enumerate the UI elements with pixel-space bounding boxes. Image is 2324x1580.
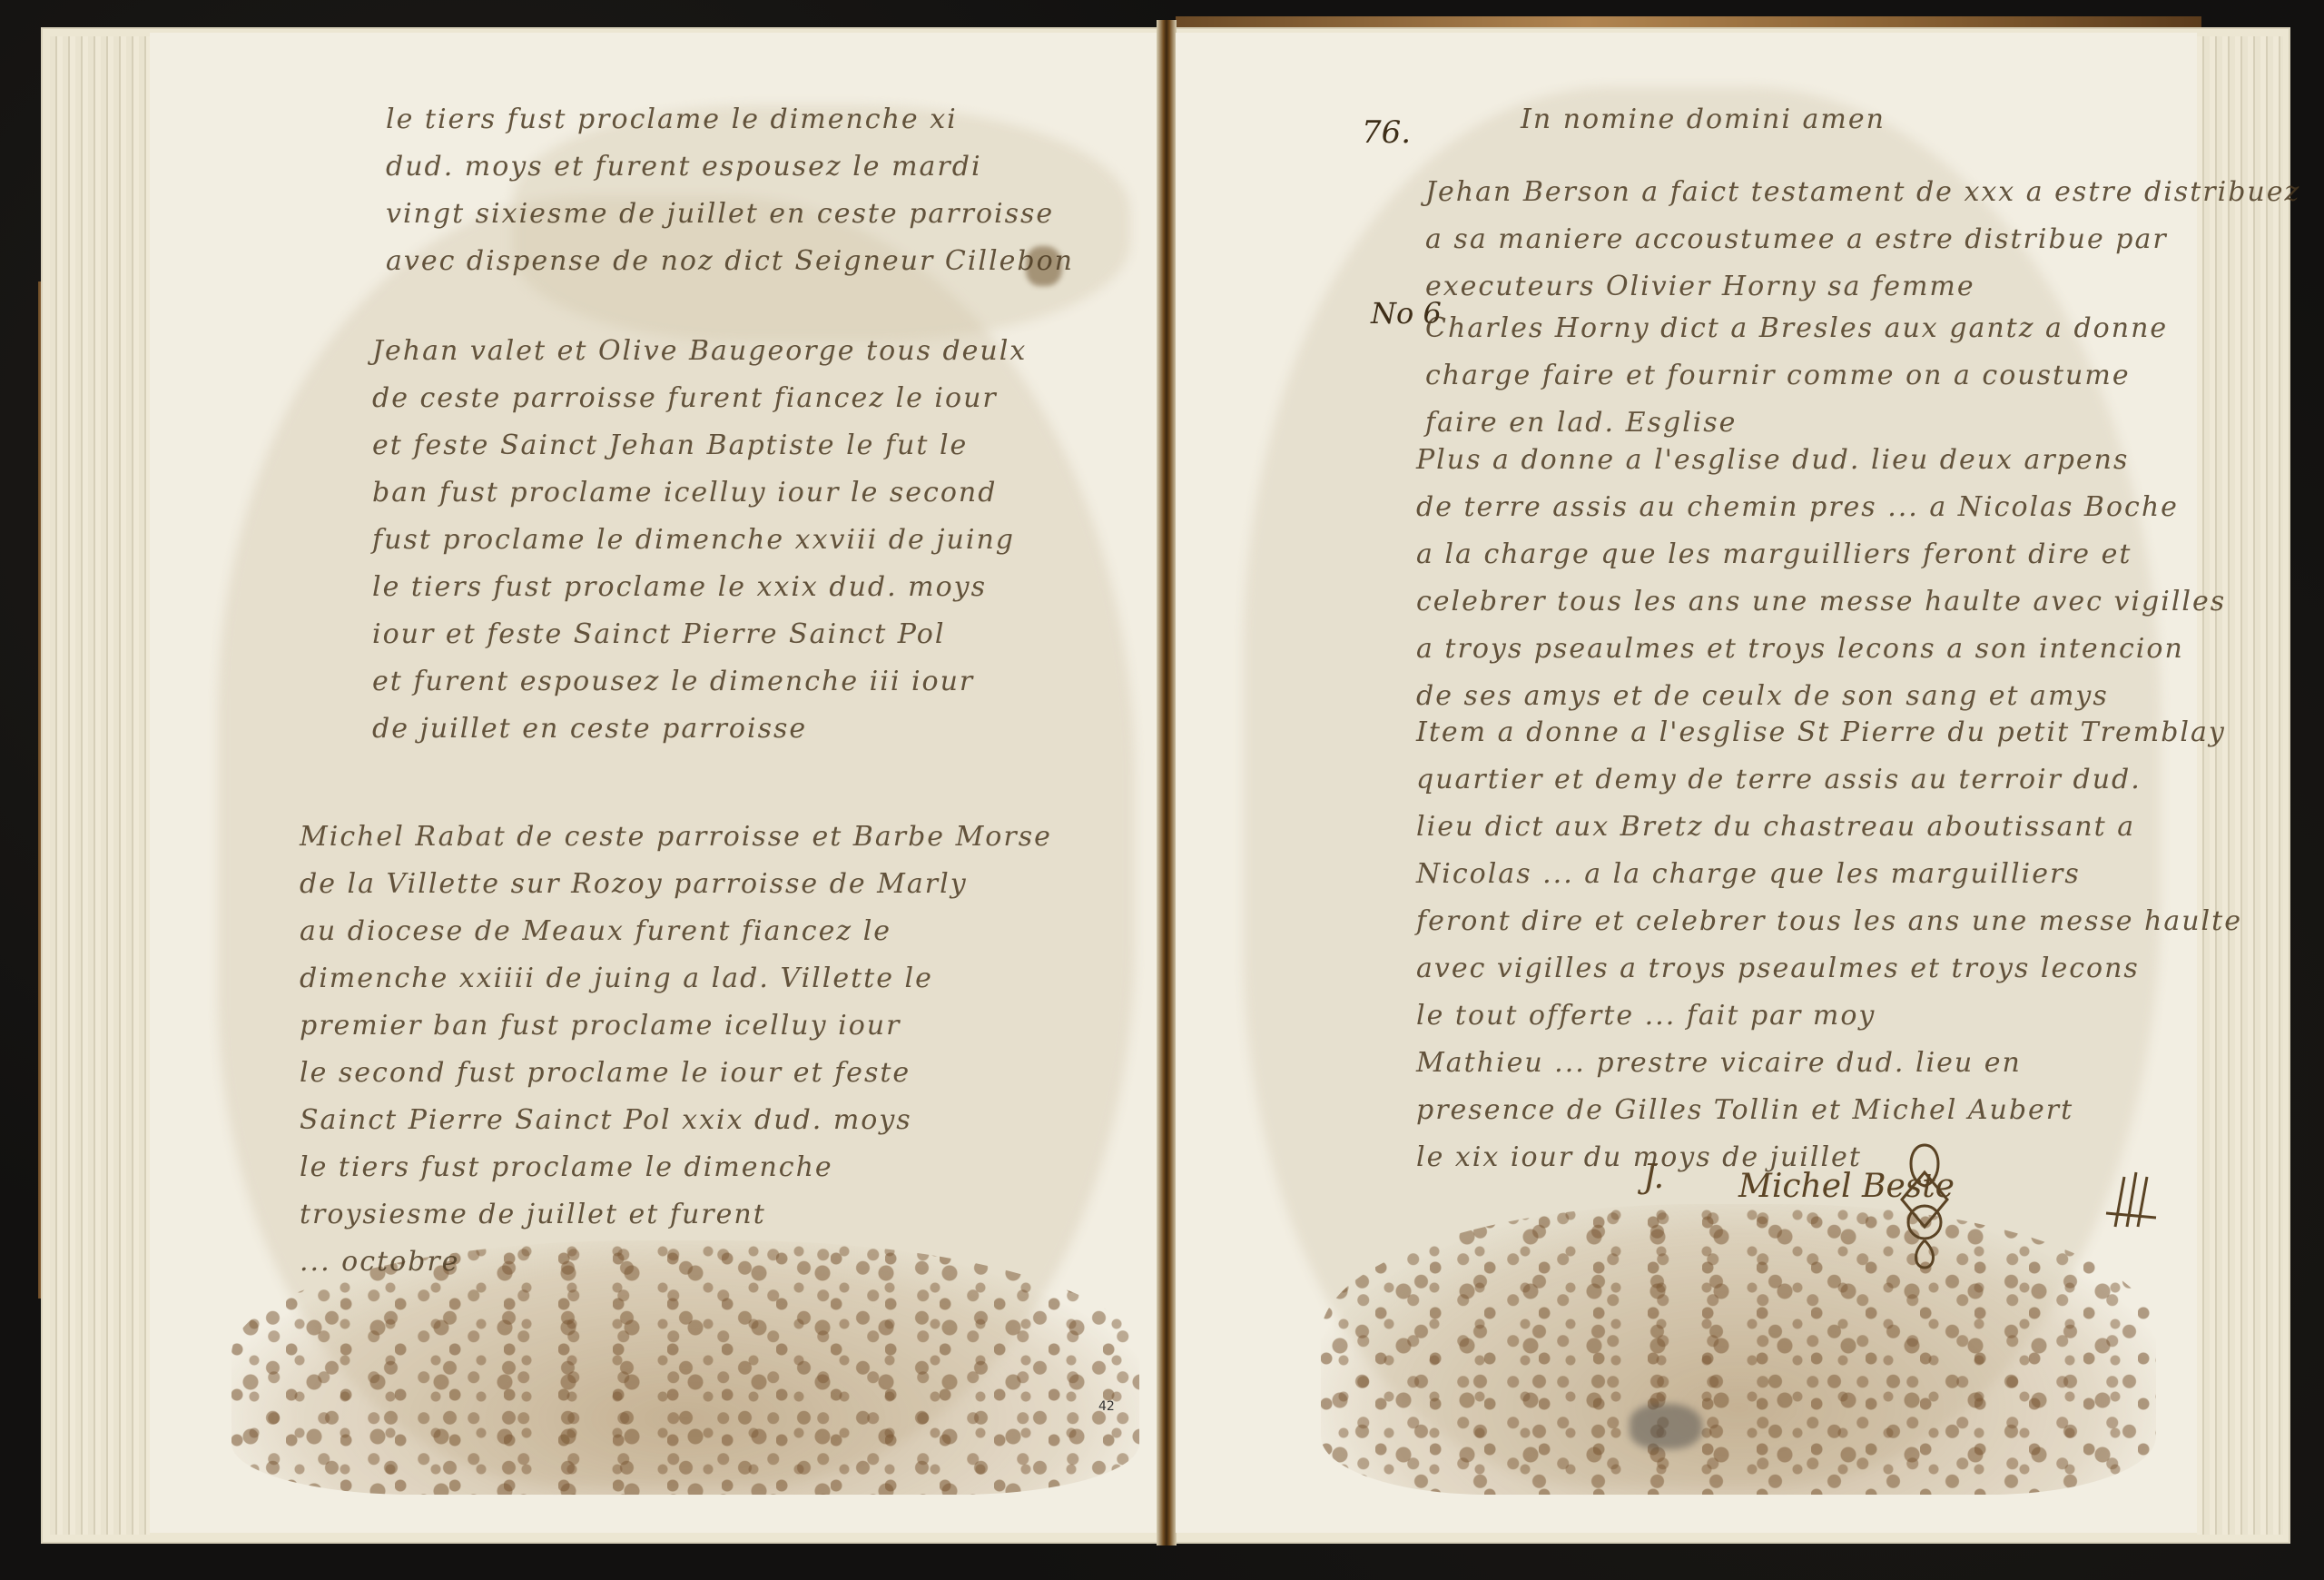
testament-entry-4: Item a donne a l'esglise St Pierre du pe…: [1416, 709, 2242, 1181]
notarial-sign-icon: [1875, 1136, 1974, 1272]
folio-number: 76.: [1362, 114, 1411, 151]
testament-entry-2: Charles Horny dict a Bresles aux gantz a…: [1425, 305, 2168, 447]
pencil-page-number: 42: [1098, 1399, 1115, 1414]
entry-2: Jehan valet et Olive Baugeorge tous deul…: [372, 328, 1027, 753]
left-page: le tiers fust proclame le dimenche xi du…: [150, 33, 1157, 1533]
gutter-spine: [1157, 20, 1177, 1545]
dark-spot: [1630, 1404, 1702, 1449]
testament-entry-3: Plus a donne a l'esglise dud. lieu deux …: [1416, 437, 2226, 720]
page-edges-left: [50, 36, 150, 1535]
signature-initial: J.: [1643, 1159, 1664, 1196]
entry-3: Michel Rabat de ceste parroisse et Barbe…: [300, 814, 1052, 1286]
testament-entry-1: Jehan Berson a faict testament de xxx a …: [1425, 169, 2300, 311]
right-page: 76. In nomine domini amen No 6 Jehan Ber…: [1176, 33, 2197, 1533]
aubert-mark-icon: [2102, 1163, 2165, 1236]
entry-1: le tiers fust proclame le dimenche xi du…: [386, 96, 1074, 285]
foxing-damage: [1321, 1204, 2156, 1495]
invocation-heading: In nomine domini amen: [1521, 96, 1886, 143]
